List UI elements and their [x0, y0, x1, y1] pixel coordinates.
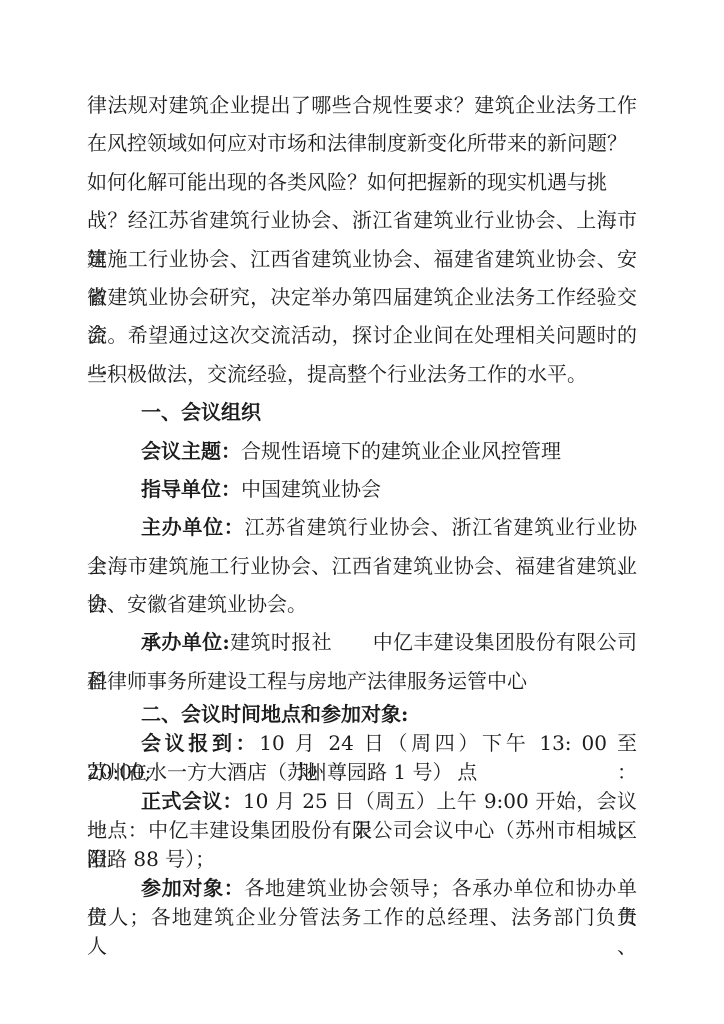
paragraph-line: 在风控领域如何应对市场和法律制度新变化所带来的新问题？ — [87, 124, 637, 162]
line-label: 承办单位: — [141, 630, 230, 654]
line-label: 参加对象： — [141, 876, 244, 900]
paragraph-line: 科律师事务所建设工程与房地产法律服务运管中心 — [87, 662, 637, 700]
paragraph-line: 如何化解可能出现的各类风险？如何把握新的现实机遇与挑 — [87, 163, 637, 201]
labeled-paragraph-line: 指导单位：中国建筑业协会 — [87, 470, 637, 508]
paragraph-line: 责人；各地建筑企业分管法务工作的总经理、法务部门负责人、 — [87, 903, 637, 932]
section-heading: 一、会议组织 — [87, 393, 637, 431]
paragraph-line: 上海市建筑施工行业协会、江西省建筑业协会、福建省建筑业协 — [87, 547, 637, 585]
paragraph-line: 地点：中亿丰建设集团股份有限公司会议中心（苏州市相城区澄 — [87, 816, 637, 845]
section-heading: 二、会议时间地点和参加对象: — [87, 700, 637, 729]
line-label: 主办单位： — [141, 515, 244, 539]
paragraph-line: 律法规对建筑企业提出了哪些合规性要求？建筑企业法务工作 — [87, 86, 637, 124]
line-label: 会议报到： — [141, 731, 259, 755]
labeled-paragraph-line: 正式会议：10 月 25 日（周五）上午 9:00 开始，会议一天； — [87, 787, 637, 816]
labeled-paragraph-line: 主办单位：江苏省建筑行业协会、浙江省建筑业行业协会、 — [87, 508, 637, 546]
labeled-paragraph-line: 承办单位:建筑时报社 中亿丰建设集团股份有限公司 盈 — [87, 623, 637, 661]
paragraph-line: 阳路 88 号）； — [87, 845, 637, 874]
paragraph-line: 些积极做法，交流经验，提高整个行业法务工作的水平。 — [87, 355, 637, 393]
line-label: 正式会议： — [141, 789, 243, 813]
paragraph-line: 战？经江苏省建筑行业协会、浙江省建筑业行业协会、上海市建 — [87, 201, 637, 239]
labeled-paragraph-line: 参加对象：各地建筑业协会领导；各承办单位和协办单位负 — [87, 874, 637, 903]
paragraph-line: 省建筑业协会研究，决定举办第四届建筑企业法务工作经验交流 — [87, 278, 637, 316]
line-label: 会议主题： — [141, 439, 241, 463]
document-page: 律法规对建筑企业提出了哪些合规性要求？建筑企业法务工作在风控领域如何应对市场和法… — [0, 0, 724, 1024]
line-label: 指导单位： — [141, 477, 241, 501]
document-content: 律法规对建筑企业提出了哪些合规性要求？建筑企业法务工作在风控领域如何应对市场和法… — [87, 86, 637, 932]
labeled-paragraph-line: 会议报到：10 月 24 日（周四）下午 13: 00 至 20:00; 地点： — [87, 729, 637, 758]
paragraph-line: 会、安徽省建筑业协会。 — [87, 585, 637, 623]
labeled-paragraph-line: 会议主题：合规性语境下的建筑业企业风控管理 — [87, 432, 637, 470]
paragraph-line: 会。希望通过这次交流活动，探讨企业间在处理相关问题时的一 — [87, 316, 637, 354]
paragraph-line: 筑施工行业协会、江西省建筑业协会、福建省建筑业协会、安徽 — [87, 240, 637, 278]
